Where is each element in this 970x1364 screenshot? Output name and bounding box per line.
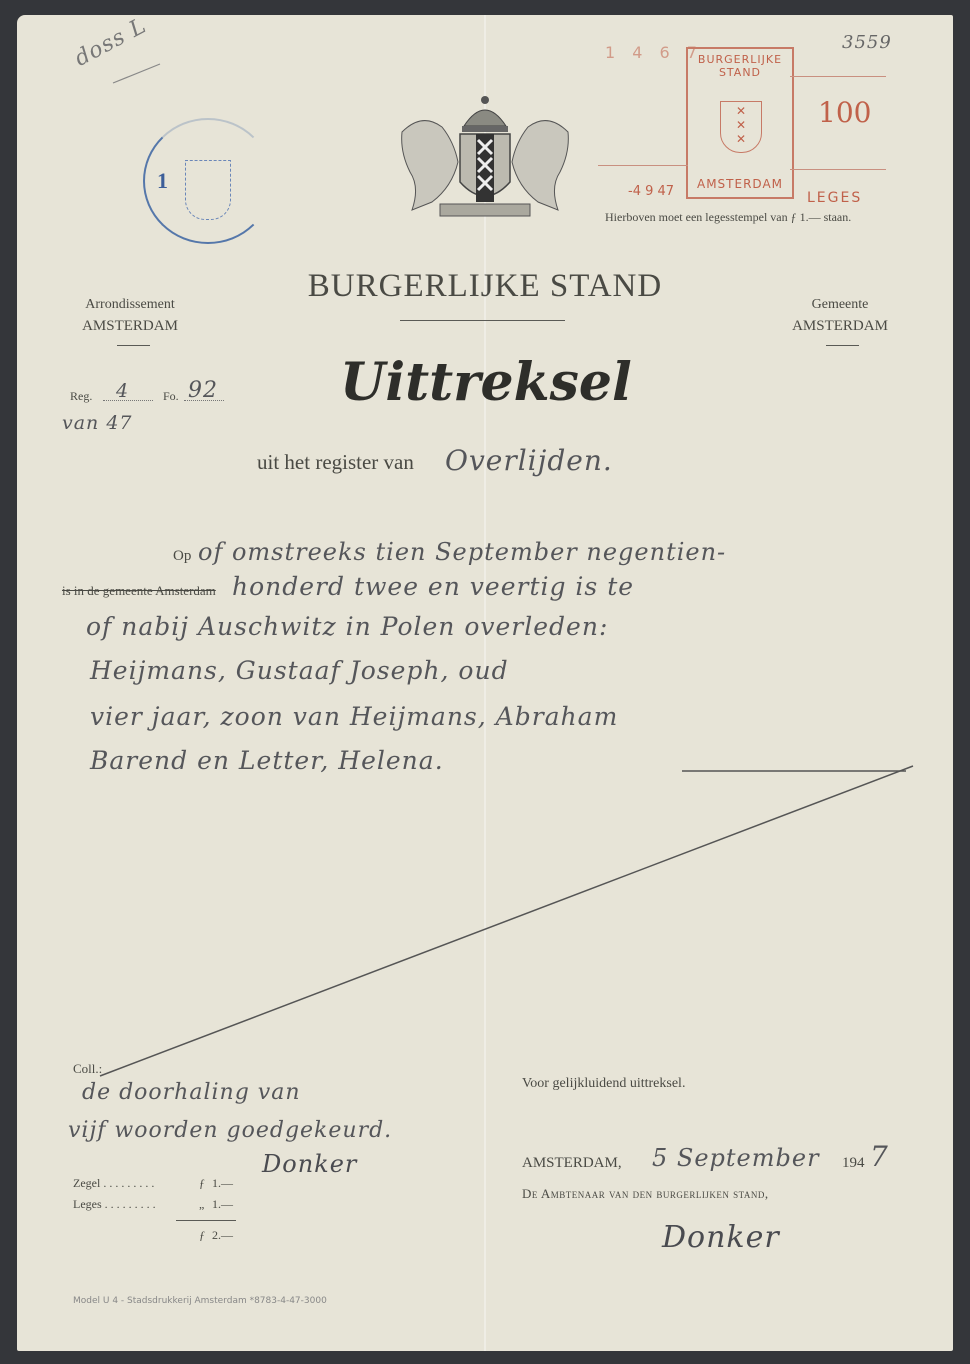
stamp-amount: 100 [818,96,871,129]
gemeente-label: Gemeente [765,297,915,313]
stamp-city: AMSTERDAM [688,177,792,191]
right-signature: Donker [662,1220,780,1255]
year-printed: 194 [842,1155,865,1172]
year-note: van 47 [62,412,133,434]
certification-text: Voor gelijkluidend uittreksel. [522,1076,685,1092]
year-handwritten: 7 [870,1140,889,1173]
correction-note-2: vijf woorden goedgekeurd. [68,1118,392,1143]
body-line-5: vier jaar, zoon van Heijmans, Abraham [90,702,618,731]
struck-printed-text: is in de gemeente Amsterdam [62,583,216,599]
printer-imprint: Model U 4 - Stadsdrukkerij Amsterdam *87… [73,1296,327,1306]
fee-label: Leges . . . . . . . . . [73,1197,156,1212]
correction-note-1: de doorhaling van [82,1080,301,1105]
place-label: AMSTERDAM, [522,1155,622,1172]
fo-label: Fo. [163,389,179,404]
arrondissement-value: AMSTERDAM [55,318,205,335]
body-line-6: Barend en Letter, Helena. [90,746,444,775]
fee-stamp-instruction: Hierboven moet een legesstempel van ƒ 1.… [605,210,851,225]
amsterdam-coat-of-arms [392,92,578,222]
coll-label: Coll.: [73,1061,102,1077]
stamp-leges-label: LEGES [807,190,862,206]
seal-number: 1 [157,168,168,194]
register-prefix: uit het register van [257,450,414,475]
official-title: De Ambtenaar van den burgerlijken stand, [522,1186,769,1202]
gemeente-value: AMSTERDAM [765,318,915,335]
fee-total: 2.— [212,1228,233,1243]
page-title: BURGERLIJKE STAND [280,268,690,305]
shield-icon [185,160,231,220]
body-line-2: honderd twee en veertig is te [232,572,634,601]
fee-stamp: BURGERLIJKE STAND ✕✕✕ AMSTERDAM [686,47,794,199]
arrondissement-label: Arrondissement [55,297,205,313]
fo-value: 92 [188,378,218,403]
municipal-seal-stamp: 1 [143,118,273,244]
op-label: Op [173,548,191,565]
date-handwritten: 5 September [652,1144,820,1172]
body-line-1: of omstreeks tien September negentien- [198,538,726,566]
amsterdam-shield-icon: ✕✕✕ [720,101,762,153]
archive-number: 3559 [842,32,892,53]
fee-amount: 1.— [212,1176,233,1191]
reg-value: 4 [116,380,129,402]
stamp-title-1: BURGERLIJKE [688,53,792,66]
fee-label: Zegel . . . . . . . . . [73,1176,154,1191]
fee-amount: 1.— [212,1197,233,1212]
document-heading: Uittreksel [340,352,630,413]
reg-label: Reg. [70,389,92,404]
stamp-title-2: STAND [688,66,792,79]
body-line-4: Heijmans, Gustaaf Joseph, oud [90,656,509,685]
register-type: Overlijden. [445,444,613,477]
body-line-3: of nabij Auschwitz in Polen overleden: [86,612,608,641]
left-signature: Donker [262,1150,357,1178]
stamp-date: -4 9 47 [628,184,674,199]
